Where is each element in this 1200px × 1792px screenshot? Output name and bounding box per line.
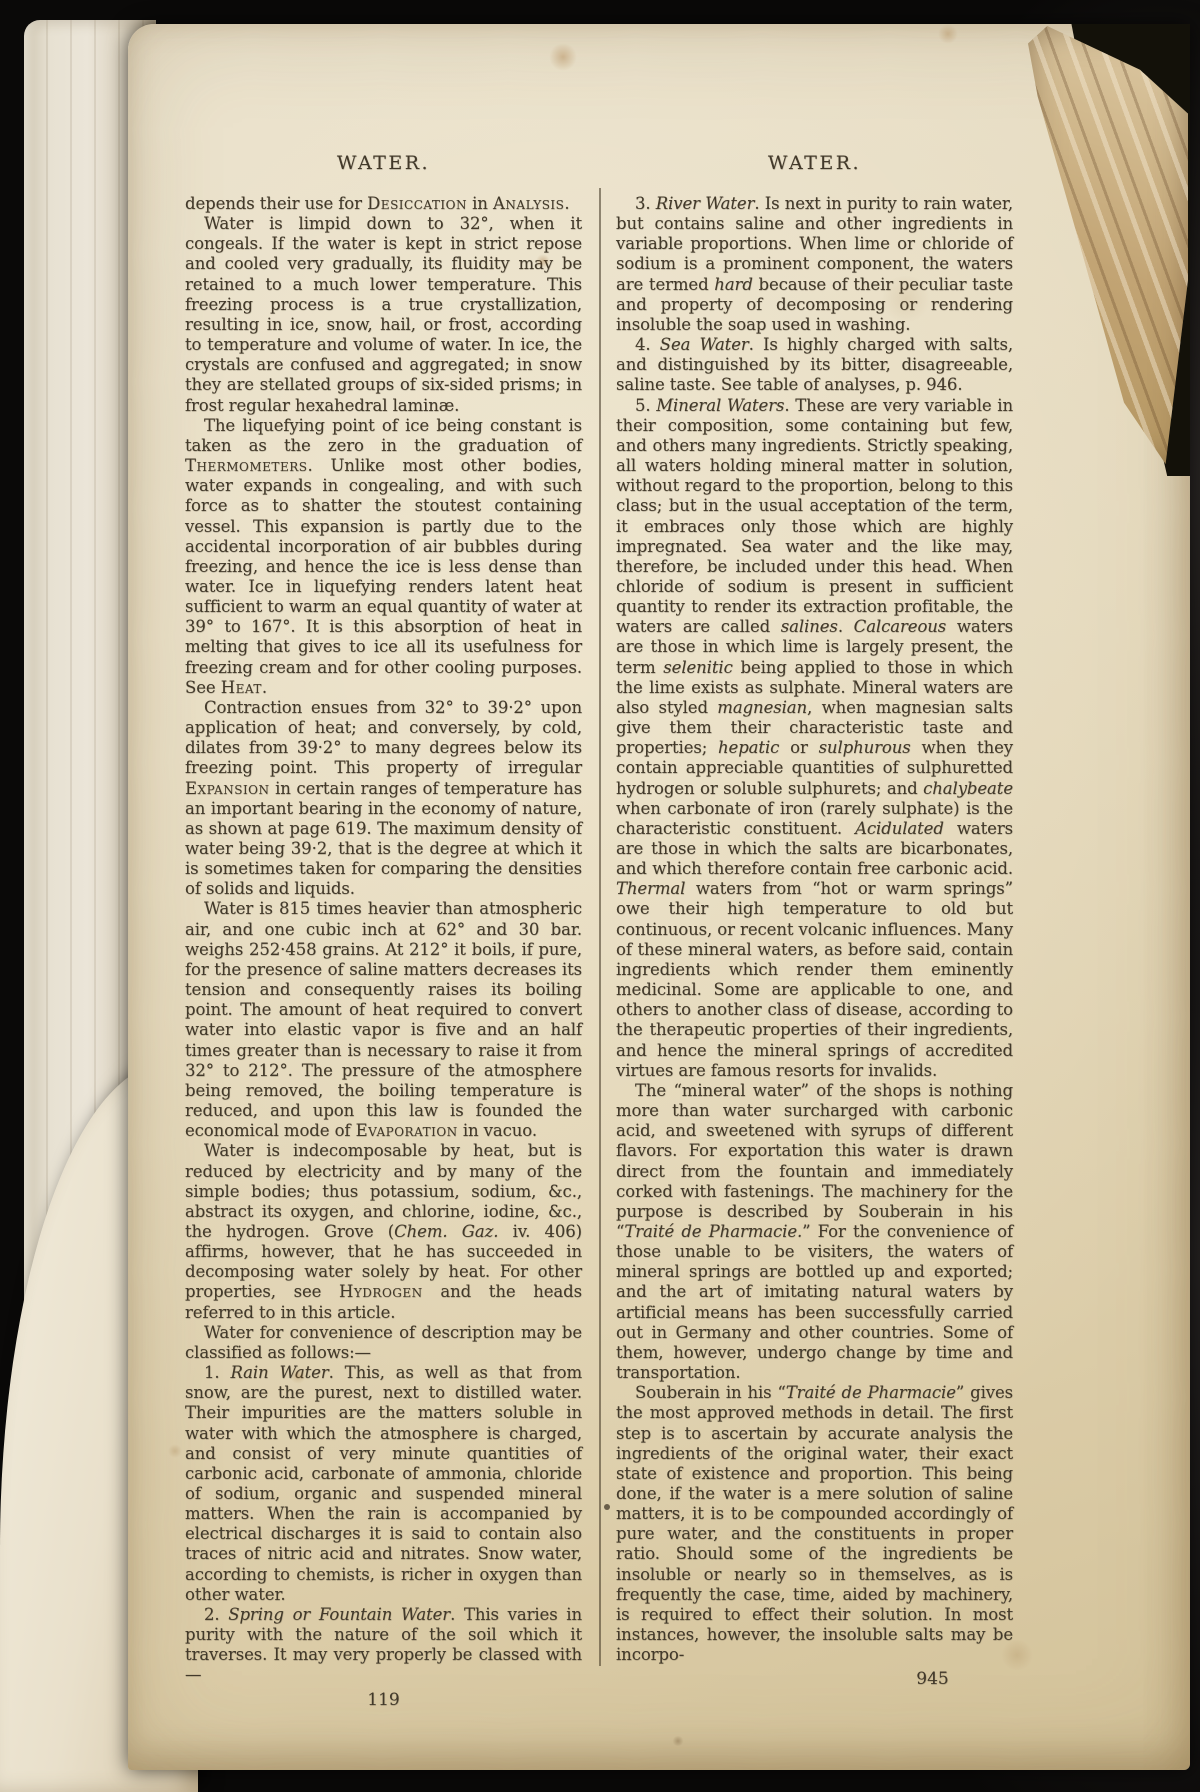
text-run: . This, as well as that from snow, are t… [185,1363,582,1604]
text-run: magnesian [717,698,807,717]
text-run: Spring or Fountain Water [228,1605,450,1624]
text-run: Heat [221,678,262,697]
text-run: hard [714,275,753,294]
text-run: . [262,678,267,697]
page-number-right: 945 [734,1669,1131,1689]
text-run: Mineral Waters [656,396,784,415]
text-run: Expansion [185,779,270,798]
paragraph: 2. Spring or Fountain Water. This varies… [185,1605,582,1686]
running-head-right: WATER. [616,152,1013,174]
text-run: . [838,617,854,636]
text-run: Traité de Pharmacie. [624,1222,802,1241]
text-run: . Unlike most other bodies, water expand… [185,456,582,697]
paragraph: Souberain in his “Traité de Pharmacie” g… [616,1383,1013,1665]
text-run: Sea Water [660,335,749,354]
text-run: The liquefying point of ice being consta… [185,416,582,455]
text-run: River Water [656,194,755,213]
column-right: WATER. 3. River Water. Is next in purity… [616,152,1013,1710]
paragraph: 4. Sea Water. Is highly charged with sal… [616,335,1013,395]
column-divider [599,188,601,1666]
text-run: in [467,194,493,213]
text-run: ” For the convenience of those unable to… [616,1222,1013,1382]
text-run: Souberain in his “ [635,1383,786,1402]
text-run: salines [781,617,838,636]
page-corner-fold [1028,26,1188,464]
text-run: waters from “hot or warm springs” owe th… [616,879,1013,1079]
text-run: Contraction ensues from 32° to 39·2° upo… [185,698,582,777]
text-columns: WATER. depends their use for Desiccation… [185,152,1013,1710]
text-run: 3. [635,194,656,213]
text-run: Chem. Gaz. [394,1222,498,1241]
text-run: The “mineral water” of the shops is noth… [616,1081,1013,1241]
text-run: depends their use for [185,194,367,213]
text-run: Evaporation [356,1121,458,1140]
paragraph: Water is indecomposable by heat, but is … [185,1141,582,1322]
text-run: Thermal [616,879,685,898]
paragraph: Water is 815 times heavier than atmosphe… [185,899,582,1141]
text-run: Water for convenience of description may… [185,1323,582,1362]
text-run: Analysis [493,194,564,213]
text-run: sulphurous [819,738,911,757]
paragraph: Water for convenience of description may… [185,1323,582,1363]
text-run: 1. [204,1363,230,1382]
paragraph: depends their use for Desiccation in Ana… [185,194,582,214]
text-run: selenitic [663,658,732,677]
text-run: Thermometers [185,456,307,475]
text-run: Traité de Pharmacie [786,1383,956,1402]
page-content: WATER. depends their use for Desiccation… [185,152,1013,1710]
paragraph: 3. River Water. Is next in purity to rai… [616,194,1013,335]
text-run: 4. [635,335,660,354]
text-run: Desiccation [367,194,467,213]
column-left: WATER. depends their use for Desiccation… [185,152,582,1710]
text-run: . These are very variable in their compo… [616,396,1013,637]
running-head-left: WATER. [185,152,582,174]
text-run: Acidulated [855,819,944,838]
book-page: WATER. depends their use for Desiccation… [128,24,1190,1770]
book-scan: WATER. depends their use for Desiccation… [0,0,1200,1792]
text-run: 5. [635,396,656,415]
paragraph: Water is limpid down to 32°, when it con… [185,214,582,416]
text-run: Rain Water [230,1363,328,1382]
text-run: chalybeate [923,779,1013,798]
column-right-text: 3. River Water. Is next in purity to rai… [616,194,1013,1665]
text-run: in vacuo. [458,1121,537,1140]
paragraph: 1. Rain Water. This, as well as that fro… [185,1363,582,1605]
text-run: Calcareous [854,617,947,636]
paragraph: The liquefying point of ice being consta… [185,416,582,698]
text-run: hepatic [718,738,779,757]
text-run: or [779,738,818,757]
text-run: Water is limpid down to 32°, when it con… [185,214,582,414]
text-run: Hydrogen [339,1282,423,1301]
paragraph: Contraction ensues from 32° to 39·2° upo… [185,698,582,900]
text-run: ” gives the most approved methods in det… [616,1383,1013,1664]
text-run: Water is 815 times heavier than atmosphe… [185,899,582,1140]
text-run: 2. [204,1605,228,1624]
column-left-text: depends their use for Desiccation in Ana… [185,194,582,1686]
paragraph: The “mineral water” of the shops is noth… [616,1081,1013,1383]
page-number-left: 119 [185,1690,582,1710]
paragraph: 5. Mineral Waters. These are very variab… [616,396,1013,1081]
text-run: . [564,194,569,213]
